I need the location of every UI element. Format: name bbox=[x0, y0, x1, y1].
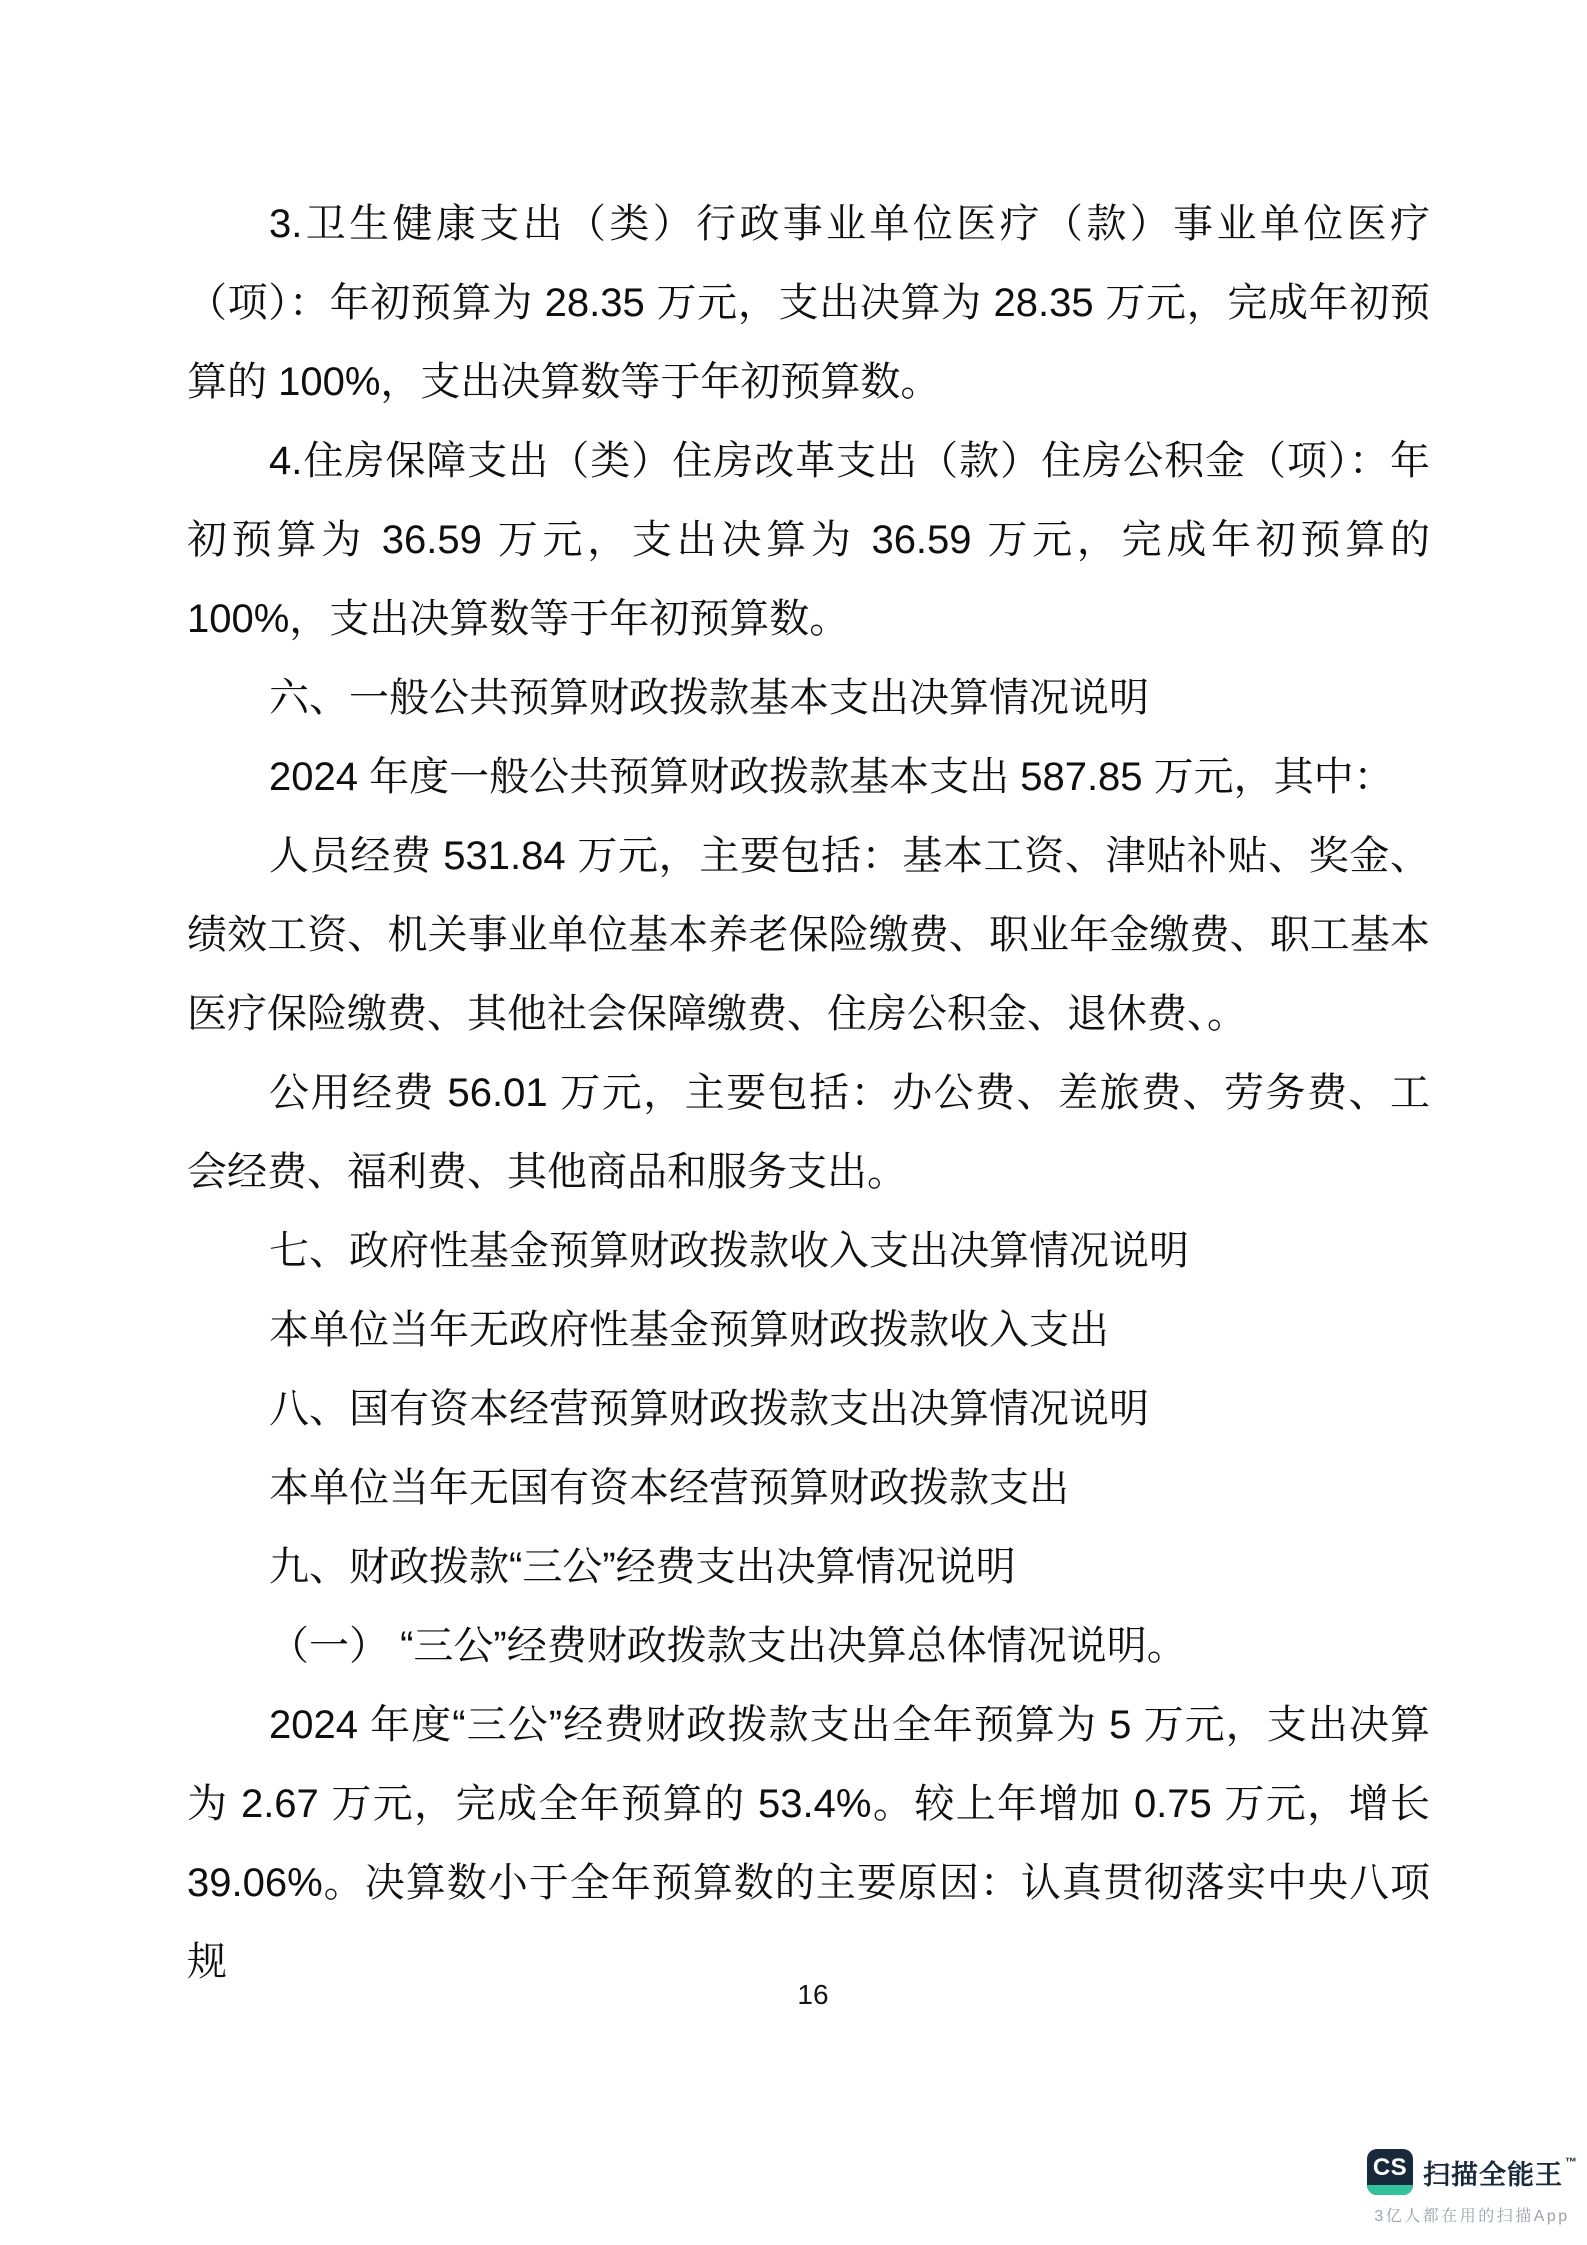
camscanner-logo-row: CS 扫描全能王 ™ bbox=[1367, 2149, 1577, 2195]
cs-icon-accent-strip bbox=[1367, 2185, 1413, 2195]
camscanner-watermark: CS 扫描全能王 ™ 3亿人都在用的扫描App bbox=[1367, 2149, 1577, 2226]
heading-section-eight: 八、国有资本经营预算财政拨款支出决算情况说明 bbox=[187, 1370, 1430, 1449]
camscanner-tagline: 3亿人都在用的扫描App bbox=[1374, 2203, 1569, 2226]
heading-section-six: 六、一般公共预算财政拨款基本支出决算情况说明 bbox=[187, 659, 1430, 738]
camscanner-cs-icon: CS bbox=[1367, 2149, 1413, 2195]
paragraph-no-state-capital: 本单位当年无国有资本经营预算财政拨款支出 bbox=[187, 1449, 1430, 1528]
trademark-symbol: ™ bbox=[1565, 2155, 1577, 2169]
heading-three-public-overview: （一） “三公”经费财政拨款支出决算总体情况说明。 bbox=[187, 1607, 1430, 1686]
paragraph-basic-expenditure-total: 2024 年度一般公共预算财政拨款基本支出 587.85 万元，其中： bbox=[187, 738, 1430, 817]
page-number: 16 bbox=[797, 1978, 828, 2012]
camscanner-app-name: 扫描全能王 bbox=[1423, 2153, 1563, 2192]
paragraph-health-expenditure: 3.卫生健康支出（类）行政事业单位医疗（款）事业单位医疗（项）：年初预算为 28… bbox=[187, 185, 1430, 422]
document-text-block: 3.卫生健康支出（类）行政事业单位医疗（款）事业单位医疗（项）：年初预算为 28… bbox=[187, 185, 1430, 2002]
paragraph-personnel-funds: 人员经费 531.84 万元，主要包括：基本工资、津贴补贴、奖金、绩效工资、机关… bbox=[187, 817, 1430, 1054]
paragraph-three-public-detail: 2024 年度“三公”经费财政拨款支出全年预算为 5 万元，支出决算为 2.67… bbox=[187, 1686, 1430, 2002]
paragraph-no-government-fund: 本单位当年无政府性基金预算财政拨款收入支出 bbox=[187, 1291, 1430, 1370]
heading-section-seven: 七、政府性基金预算财政拨款收入支出决算情况说明 bbox=[187, 1212, 1430, 1291]
cs-icon-letters: CS bbox=[1367, 2150, 1413, 2186]
paragraph-housing-expenditure: 4.住房保障支出（类）住房改革支出（款）住房公积金（项）：年初预算为 36.59… bbox=[187, 422, 1430, 659]
paragraph-public-funds: 公用经费 56.01 万元，主要包括：办公费、差旅费、劳务费、工会经费、福利费、… bbox=[187, 1054, 1430, 1212]
heading-section-nine: 九、财政拨款“三公”经费支出决算情况说明 bbox=[187, 1528, 1430, 1607]
document-page: 3.卫生健康支出（类）行政事业单位医疗（款）事业单位医疗（项）：年初预算为 28… bbox=[0, 0, 1587, 2245]
